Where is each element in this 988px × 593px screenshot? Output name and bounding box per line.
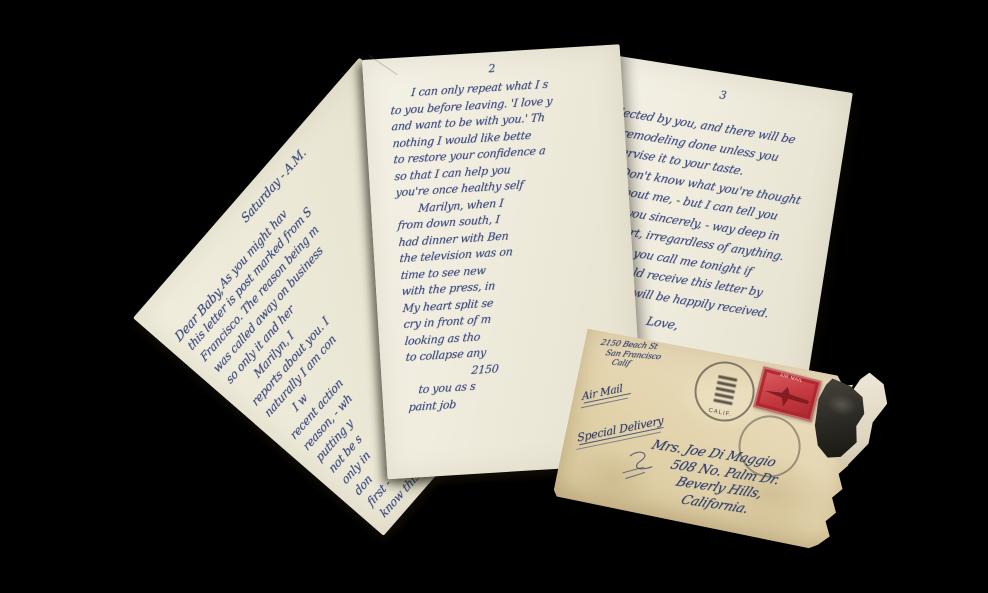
postmark-text: CALIF. bbox=[692, 405, 748, 422]
letter-closing: Love, bbox=[645, 314, 681, 332]
stamp-label: AIR MAIL bbox=[767, 370, 815, 387]
postmark-date-smudge bbox=[713, 375, 737, 405]
letters-photo-scene: Saturday - A.M. Dear Baby, As you might … bbox=[0, 0, 988, 593]
return-address: 2150 Beach StSan FranciscoCalif bbox=[595, 338, 663, 371]
air-mail-note: Air Mail bbox=[582, 381, 630, 408]
postmark-icon: CALIF. bbox=[689, 356, 760, 427]
air-mail-stamp-icon: AIR MAIL bbox=[753, 366, 822, 422]
airplane-icon bbox=[761, 380, 812, 415]
